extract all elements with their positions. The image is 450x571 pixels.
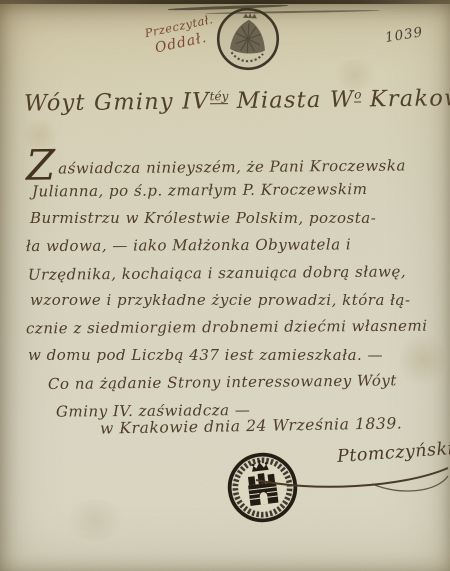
ink-annotation: Przeczytał. Oddał. — [143, 11, 218, 59]
line-text: aświadcza ninieyszém, że Pani Kroczewska — [58, 156, 406, 177]
document-line: w domu pod Liczbą 437 iest zamieszkała. … — [28, 342, 434, 369]
document-line: Burmistrzu w Królestwie Polskim, pozosta… — [30, 205, 434, 232]
document-line: wzorowe i przykładne życie prowadzi, któ… — [30, 287, 434, 314]
title-part: Wóyt Gminy IV — [24, 88, 210, 116]
document-line: Julianna, po ś.p. zmarłym P. Kroczewskim — [32, 176, 434, 206]
title-superscript: téy — [210, 89, 229, 104]
dateline: w Krakowie dnia 24 Września 1839. — [100, 414, 403, 437]
document-line: Zaświadcza ninieyszém, że Pani Kroczewsk… — [26, 148, 434, 179]
document-body: Zaświadcza ninieyszém, że Pani Kroczewsk… — [26, 150, 434, 424]
document-line: cznie z siedmiorgiem drobnemi dziećmi wł… — [26, 313, 434, 343]
document-line: Urzędnika, kochaiąca i szanuiąca dobrą s… — [28, 258, 434, 289]
document-line: Co na żądanie Strony interessowaney Wóyt — [48, 367, 434, 398]
embossed-stamp-icon — [211, 2, 285, 76]
document-line: ła wdowa, — iako Małżonka Obywatela i — [26, 231, 434, 261]
manuscript-page: Przeczytał. Oddał. 1039 Wóyt Gminy IVtéy… — [0, 0, 450, 571]
document-title: Wóyt Gminy IVtéy Miasta Wo Krakowa — [24, 85, 444, 116]
archival-number: 1039 — [384, 24, 424, 46]
age-spot — [60, 500, 130, 540]
title-part: Krakowa — [361, 85, 450, 112]
signature-flourish — [252, 462, 450, 496]
title-part: Miasta W — [228, 87, 354, 115]
